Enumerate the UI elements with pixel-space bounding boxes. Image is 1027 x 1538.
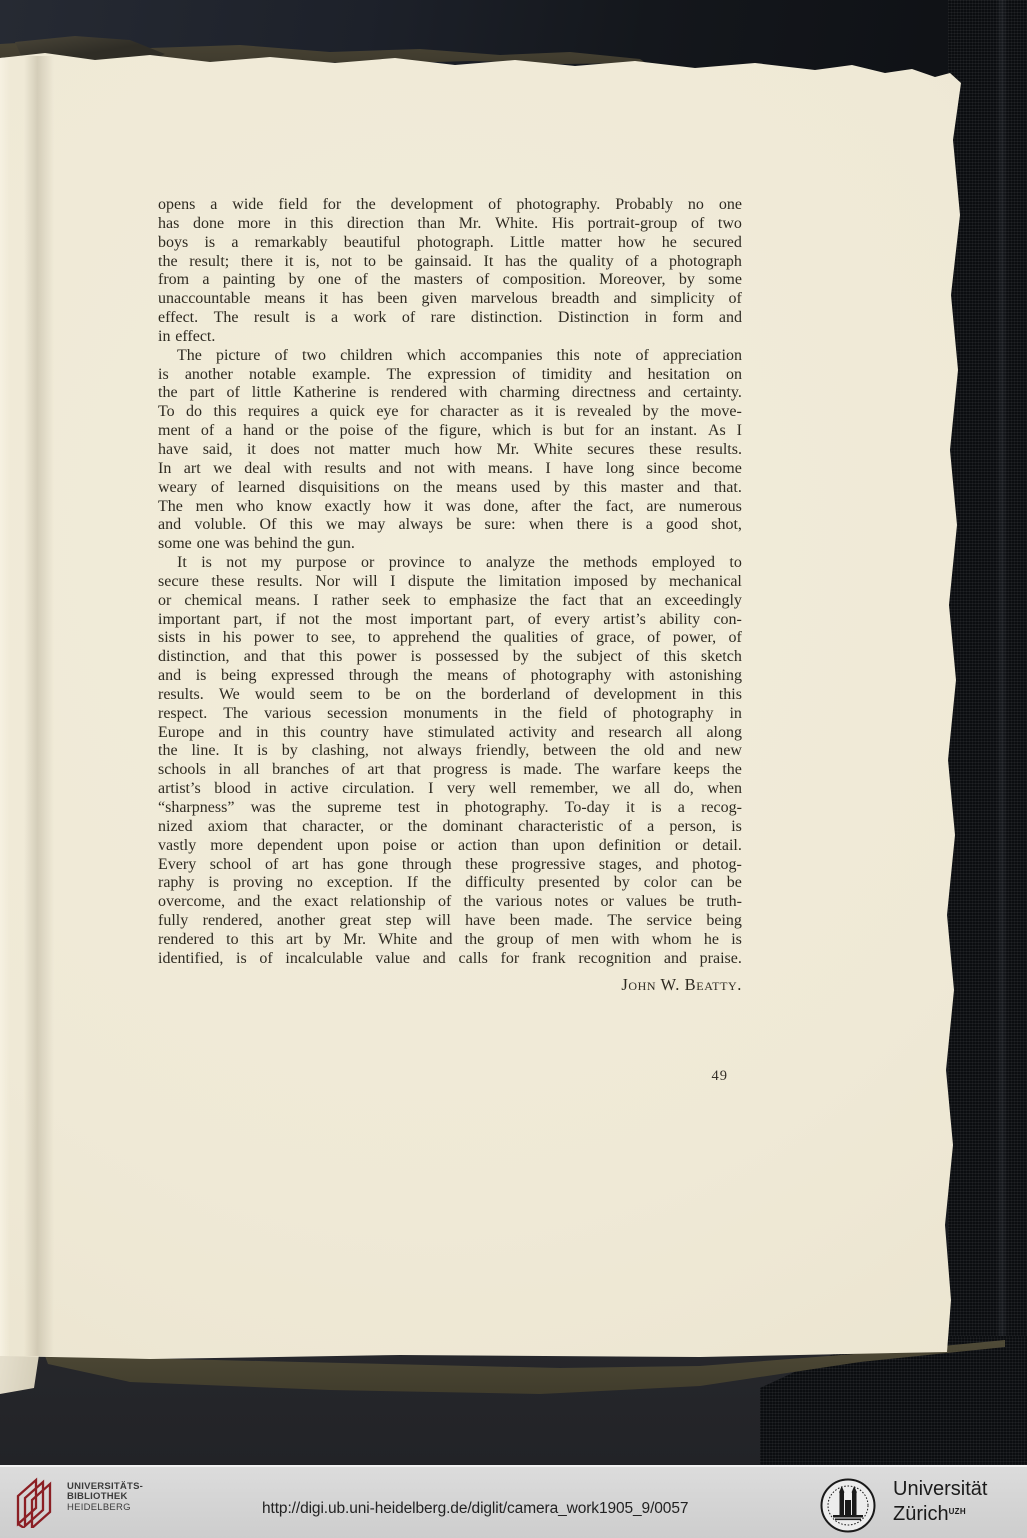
text-line: identified,isofincalculablevalueandcalls…	[158, 950, 742, 969]
text-line: andvoluble.Ofthiswemayalwaysbesure:whent…	[158, 516, 742, 535]
heidelberg-library-logo-icon	[14, 1474, 60, 1528]
text-line: securetheseresults.NorwillIdisputethelim…	[158, 573, 742, 592]
text-line: thepartoflittleKatherineisrenderedwithch…	[158, 384, 742, 403]
text-line: theline.Itisbyclashing,notalwaysfriendly…	[158, 742, 742, 761]
text-line: hasdonemoreinthisdirectionthanMr.White.H…	[158, 215, 742, 234]
page-text: opensawidefieldforthedevelopmentofphotog…	[158, 196, 742, 969]
text-line: raphyisprovingnoexception.Ifthedifficult…	[158, 874, 742, 893]
text-line: Everyschoolofarthasgonethroughtheseprogr…	[158, 856, 742, 875]
uzh-line2: ZürichUZH	[893, 1501, 987, 1526]
text-line: Inartwedealwithresultsandnotwithmeans.Ih…	[158, 460, 742, 479]
text-line: sistsinhispowertosee,toapprehendthequali…	[158, 629, 742, 648]
text-line: boysisaremarkablybeautifulphotograph.Lit…	[158, 234, 742, 253]
text-line: overcome,andtheexactrelationshipofthevar…	[158, 893, 742, 912]
scan-viewport: opensawidefieldforthedevelopmentofphotog…	[0, 0, 1027, 1538]
text-line: theresult;thereitis,nottobegainsaid.Itha…	[158, 253, 742, 272]
source-url[interactable]: http://digi.ub.uni-heidelberg.de/diglit/…	[262, 1500, 688, 1518]
text-line: “sharpness”wasthesupremetestinphotograph…	[158, 799, 742, 818]
text-line: andisbeingexpressedthroughthemeansofphot…	[158, 667, 742, 686]
uzh-label: Universität ZürichUZH	[893, 1479, 987, 1525]
book-page: opensawidefieldforthedevelopmentofphotog…	[0, 0, 965, 1360]
page-number: 49	[158, 1068, 742, 1085]
text-line: artist’sbloodinactivecirculation.Iverywe…	[158, 780, 742, 799]
text-line: havesaid,itdoesnotmattermuchhowMr.Whites…	[158, 441, 742, 460]
signature: John W. Beatty.	[158, 975, 742, 995]
book-cover-cloth	[948, 0, 1027, 1465]
text-line: importantpart,ifnotthemostimportantpart,…	[158, 611, 742, 630]
text-line: ineffect.	[158, 328, 742, 347]
page-gutter-crease	[24, 56, 54, 1356]
text-line: orchemicalmeans.Iratherseektoemphasizeth…	[158, 592, 742, 611]
text-line: schoolsinallbranchesofartthatprogressism…	[158, 761, 742, 780]
uzh-city: Zürich	[893, 1503, 949, 1525]
text-line: effect.Theresultisaworkofraredistinction…	[158, 309, 742, 328]
uzh-sup: UZH	[949, 1507, 966, 1516]
text-line: nizedaxiomthatcharacter,orthedominantcha…	[158, 818, 742, 837]
hd-line3: HEIDELBERG	[67, 1503, 143, 1513]
text-line: Todothisrequiresaquickeyeforcharacterasi…	[158, 403, 742, 422]
footer-bar: UNIVERSITÄTS- BIBLIOTHEK HEIDELBERG http…	[0, 1465, 1027, 1538]
text-line: distinction,andthatthispowerispossessedb…	[158, 648, 742, 667]
text-line: fullyrendered,anothergreatstepwillhavebe…	[158, 912, 742, 931]
text-line: opensawidefieldforthedevelopmentofphotog…	[158, 196, 742, 215]
text-line: Themenwhoknowexactlyhowitwasdone,afterth…	[158, 498, 742, 517]
text-line: respect.Thevarioussecessionmonumentsinth…	[158, 705, 742, 724]
text-line: someonewasbehindthegun.	[158, 535, 742, 554]
text-line: Thepictureoftwochildrenwhichaccompaniest…	[158, 347, 742, 366]
text-line: renderedtothisartbyMr.Whiteandthegroupof…	[158, 931, 742, 950]
text-line: unaccountablemeansithasbeengivenmarvelou…	[158, 290, 742, 309]
text-line: mentofahandorthepoiseofthefigure,whichis…	[158, 422, 742, 441]
text-line: isanothernotableexample.Theexpressionoft…	[158, 366, 742, 385]
text-line: wearyoflearneddisquisitionsonthemeansuse…	[158, 479, 742, 498]
text-line: vastlymoredependentuponpoiseoractionthan…	[158, 837, 742, 856]
text-line: fromapaintingbyoneofthemastersofcomposit…	[158, 271, 742, 290]
text-line: Itisnotmypurposeorprovincetoanalyzetheme…	[158, 554, 742, 573]
text-line: results.Wewouldseemtobeontheborderlandof…	[158, 686, 742, 705]
cloth-fold-highlight	[996, 0, 1008, 1465]
text-line: Europeandinthiscountryhavestimulatedacti…	[158, 724, 742, 743]
uzh-seal-icon	[820, 1478, 876, 1533]
heidelberg-library-label: UNIVERSITÄTS- BIBLIOTHEK HEIDELBERG	[67, 1482, 143, 1513]
uzh-line1: Universität	[893, 1479, 987, 1501]
page-left-edge	[0, 56, 10, 1356]
